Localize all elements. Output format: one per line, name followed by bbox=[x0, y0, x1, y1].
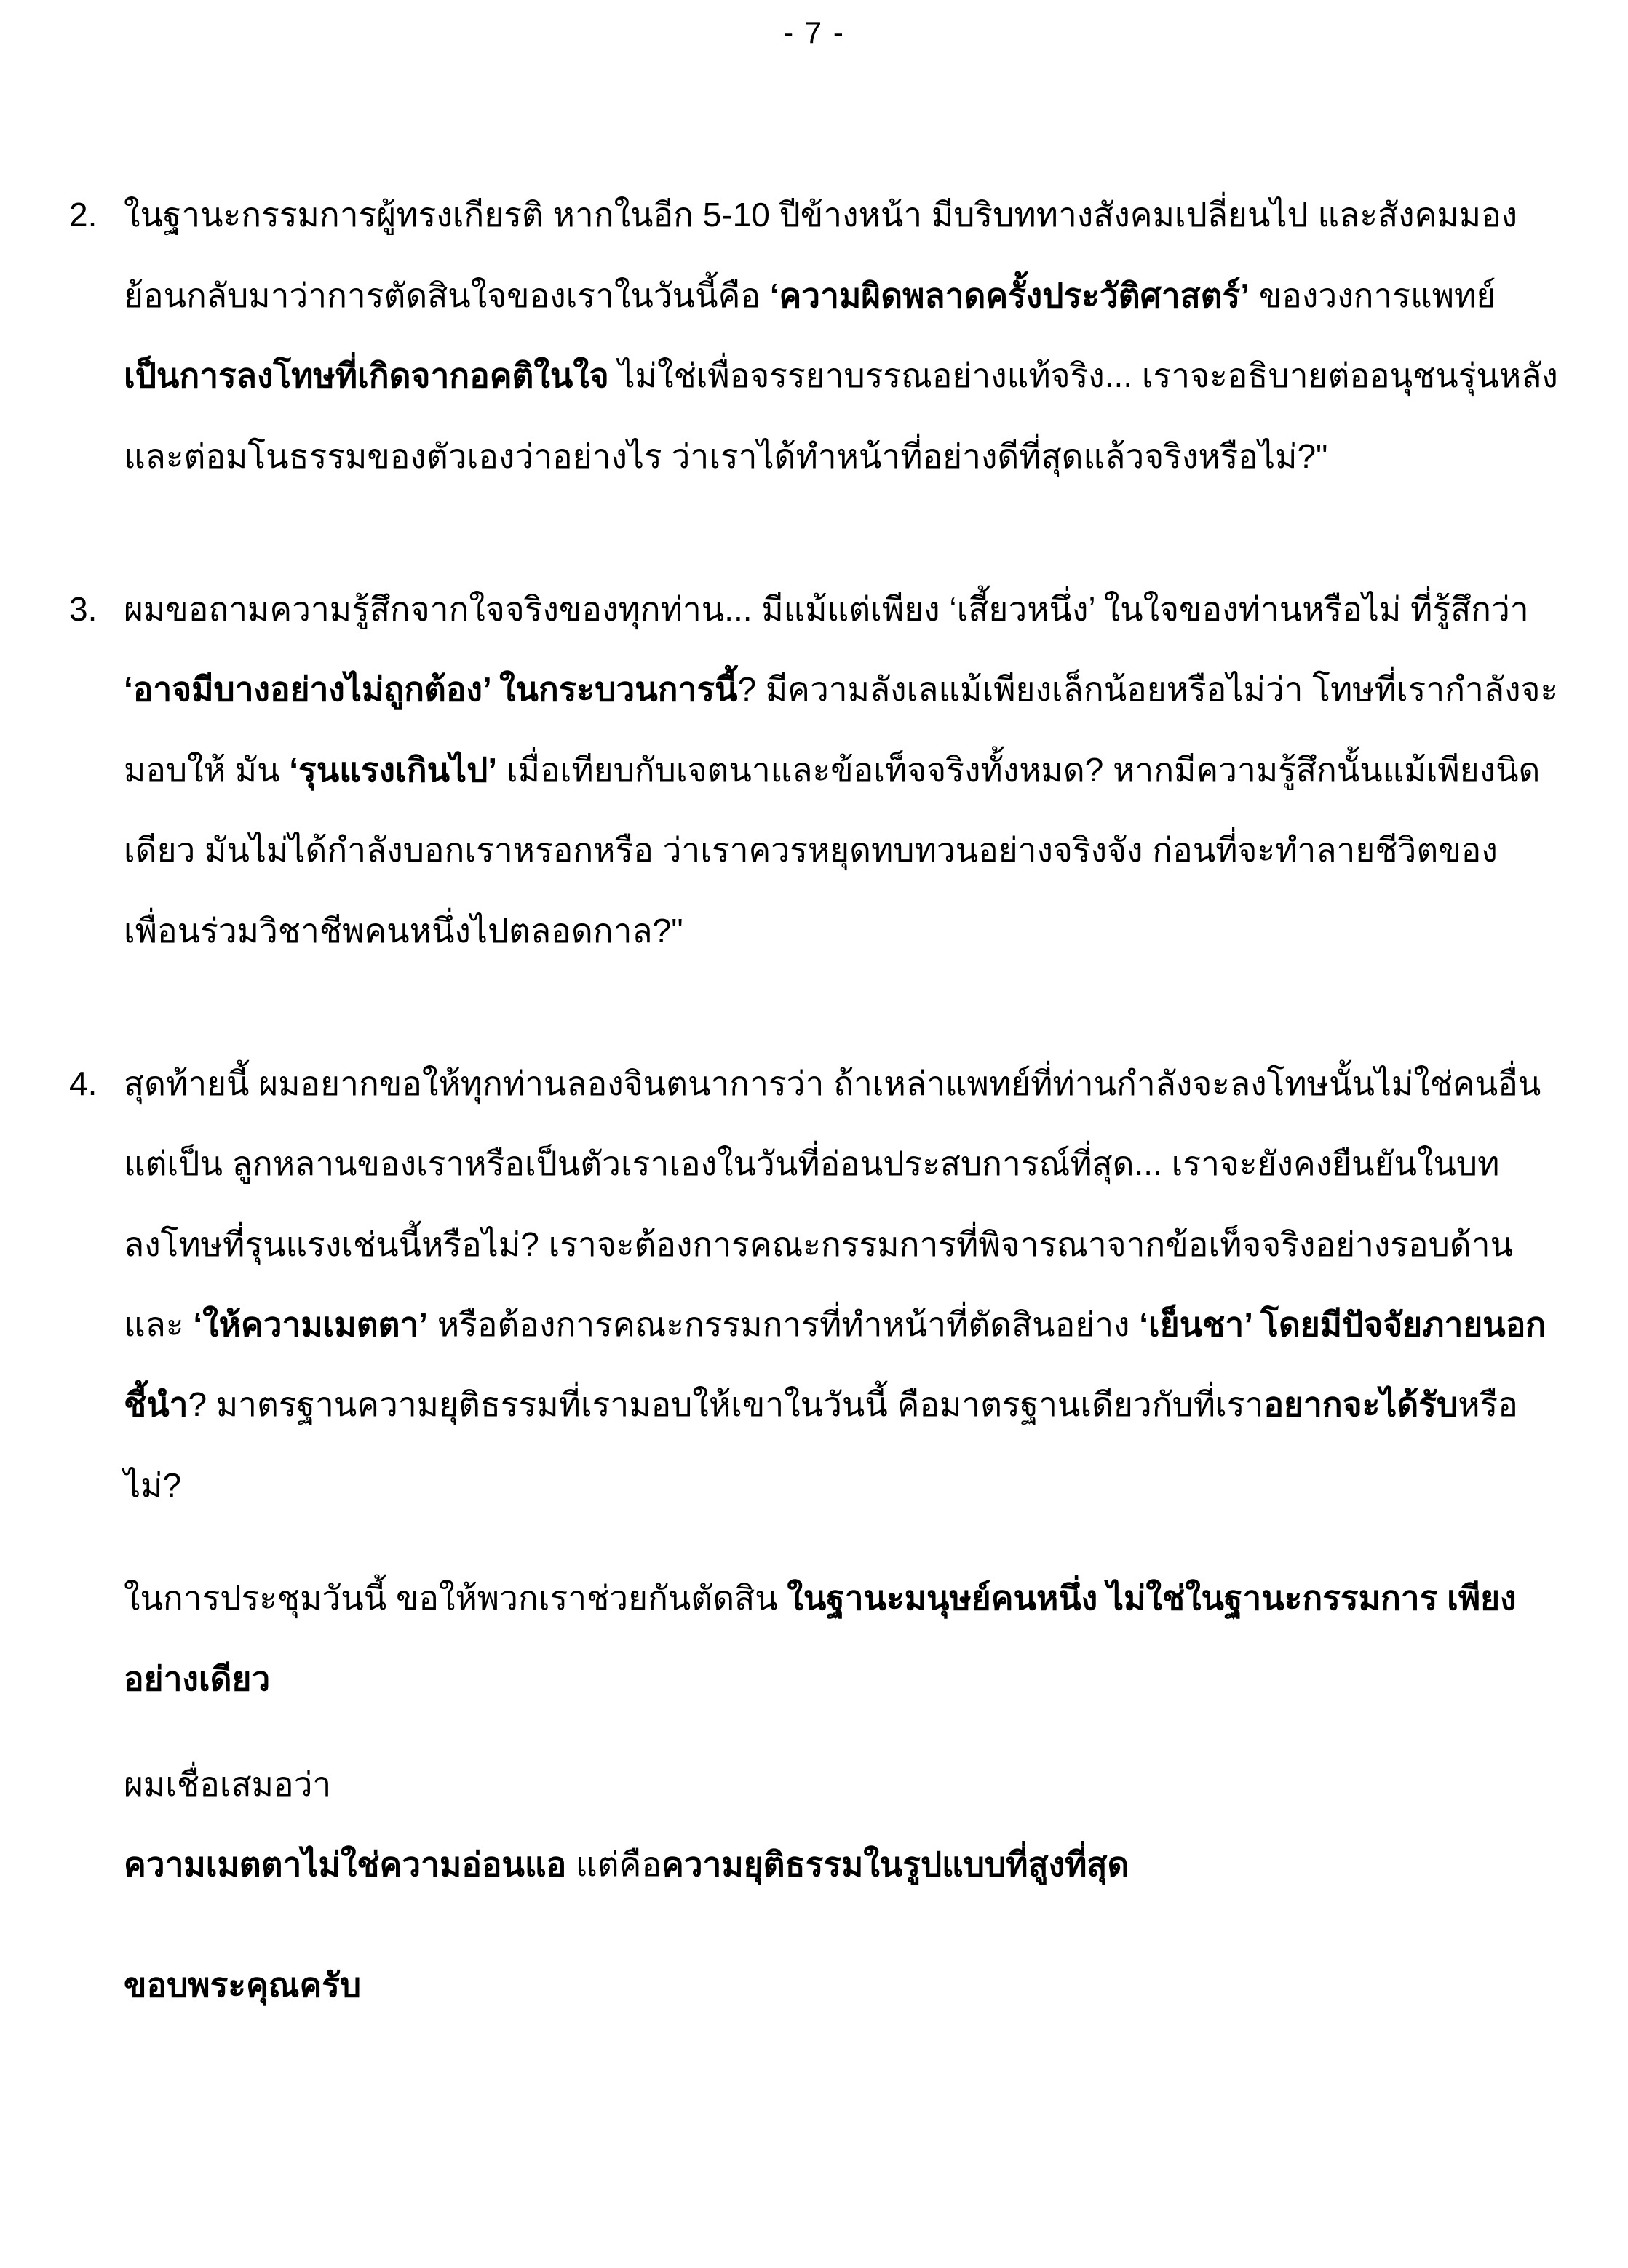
text-run: ของวงการแพทย์ bbox=[1250, 276, 1496, 314]
item-number: 2. bbox=[69, 175, 124, 255]
text-run: ผมเชื่อเสมอว่า bbox=[124, 1765, 331, 1803]
document-body: 2. ในฐานะกรรมการผู้ทรงเกียรติ หากในอีก 5… bbox=[0, 175, 1628, 2025]
bold-text-run: ‘ให้ความเมตตา’ bbox=[193, 1305, 428, 1343]
text-run: ผมขอถามความรู้สึกจากใจจริงของทุกท่าน... … bbox=[124, 590, 1529, 628]
text-run: หรือต้องการคณะกรรมการที่ทำหน้าที่ตัดสินอ… bbox=[428, 1305, 1139, 1343]
bold-text-run: ‘อาจมีบางอย่างไม่ถูกต้อง’ ในกระบวนการนี้ bbox=[124, 670, 738, 708]
numbered-item-4: 4. สุดท้ายนี้ ผมอยากขอให้ทุกท่านลองจินตน… bbox=[69, 1043, 1566, 1525]
closing-paragraph-belief-statement: ความเมตตาไม่ใช่ความอ่อนแอ แต่คือความยุติ… bbox=[124, 1824, 1566, 1904]
closing-paragraph-belief-intro: ผมเชื่อเสมอว่า bbox=[124, 1744, 1566, 1824]
numbered-item-3: 3. ผมขอถามความรู้สึกจากใจจริงของทุกท่าน.… bbox=[69, 569, 1566, 971]
bold-text-run: ความเมตตาไม่ใช่ความอ่อนแอ bbox=[124, 1845, 566, 1883]
item-text: ผมขอถามความรู้สึกจากใจจริงของทุกท่าน... … bbox=[124, 569, 1566, 971]
text-run: ในการประชุมวันนี้ ขอให้พวกเราช่วยกันตัดส… bbox=[124, 1579, 787, 1617]
item-number: 4. bbox=[69, 1043, 124, 1123]
closing-paragraph-thanks: ขอบพระคุณครับ bbox=[124, 1945, 1566, 2025]
text-run: แต่คือ bbox=[566, 1845, 662, 1883]
item-text: ในฐานะกรรมการผู้ทรงเกียรติ หากในอีก 5-10… bbox=[124, 175, 1566, 496]
bold-text-run: ความยุติธรรมในรูปแบบที่สูงที่สุด bbox=[662, 1845, 1129, 1883]
bold-text-run: อยากจะได้รับ bbox=[1263, 1385, 1458, 1423]
page-number: - 7 - bbox=[0, 0, 1628, 51]
item-number: 3. bbox=[69, 569, 124, 649]
bold-text-run: ‘ความผิดพลาดครั้งประวัติศาสตร์’ bbox=[770, 276, 1250, 314]
text-run: สุดท้ายนี้ ผมอยากขอให้ทุกท่านลองจินตนากา… bbox=[124, 1065, 1541, 1343]
item-text: สุดท้ายนี้ ผมอยากขอให้ทุกท่านลองจินตนากา… bbox=[124, 1043, 1566, 1525]
numbered-item-2: 2. ในฐานะกรรมการผู้ทรงเกียรติ หากในอีก 5… bbox=[69, 175, 1566, 496]
bold-text-run: ขอบพระคุณครับ bbox=[124, 1966, 361, 2004]
closing-paragraph-verdict: ในการประชุมวันนี้ ขอให้พวกเราช่วยกันตัดส… bbox=[124, 1558, 1566, 1719]
bold-text-run: เป็นการลงโทษที่เกิดจากอคติในใจ bbox=[124, 357, 609, 394]
document-page: - 7 - 2. ในฐานะกรรมการผู้ทรงเกียรติ หากใ… bbox=[0, 0, 1628, 2268]
bold-text-run: ‘รุนแรงเกินไป’ bbox=[289, 751, 497, 789]
text-run: ? มาตรฐานความยุติธรรมที่เรามอบให้เขาในวั… bbox=[188, 1385, 1264, 1423]
